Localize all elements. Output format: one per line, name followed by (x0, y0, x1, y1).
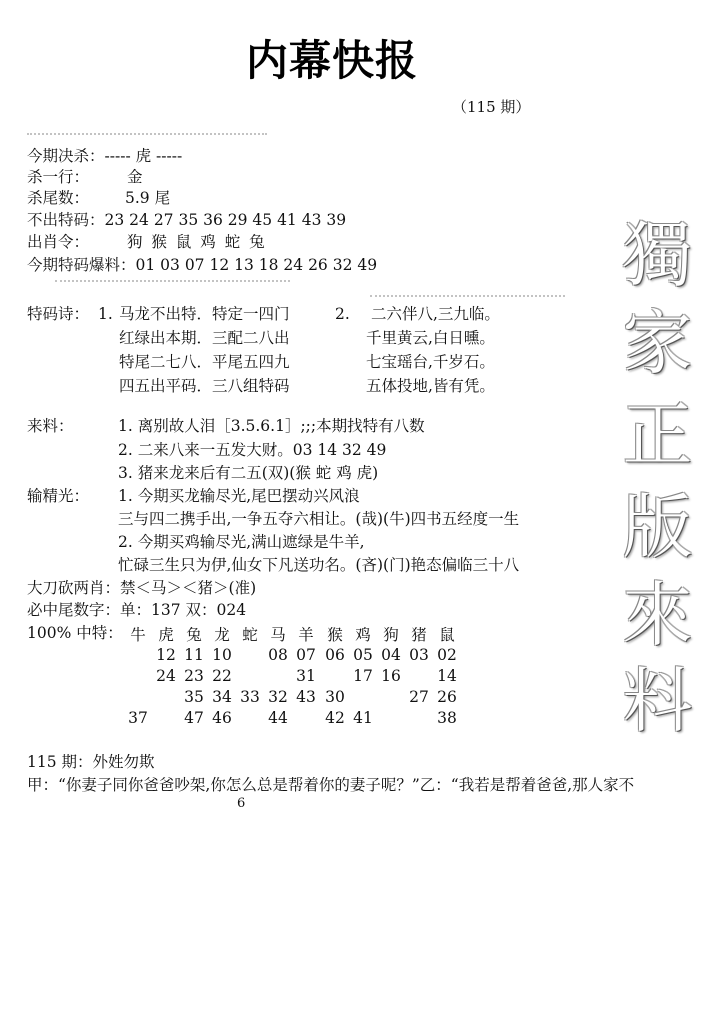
zodiac-header: 猪 (405, 623, 433, 645)
summary-row-zodiac: 出肖令： (27, 232, 89, 252)
summary-value: 23 24 27 35 36 29 45 41 43 39 (105, 211, 347, 229)
zodiac-header: 狗 (377, 623, 405, 645)
watermark-char: 料 (610, 658, 705, 744)
zodiac-cell: 30 (321, 688, 349, 706)
zodiac-cell: 05 (349, 646, 377, 664)
zodiac-cell: 03 (405, 646, 433, 664)
laoliao-item: 3. 猪来龙来后有二五(双)(猴 蛇 鸡 虎) (118, 463, 378, 483)
zodiac-cell: 37 (124, 709, 152, 727)
zodiac-cell: 07 (292, 646, 320, 664)
zodiac-cell: 11 (180, 646, 208, 664)
zodiac-cell: 23 (180, 667, 208, 685)
dadao-value: 禁＜马＞＜猪＞(准) (120, 579, 256, 597)
shujingguang-line: 1. 今期买龙输尽光,尾巴摆动兴风浪 (118, 486, 360, 506)
zodiac-cell: 04 (377, 646, 405, 664)
zodiac-cell: 41 (349, 709, 377, 727)
zodiac-cell: 33 (236, 688, 264, 706)
zodiac-cell: 27 (405, 688, 433, 706)
zodiac-table-label: 100% 中特： (27, 623, 123, 643)
zodiac-header: 虎 (152, 623, 180, 645)
bizhong-label: 必中尾数字： (27, 601, 120, 619)
summary-row-element: 杀一行： (27, 167, 89, 187)
poem-part1-number: 1. (98, 304, 113, 324)
poem-part2-number: 2. (335, 304, 350, 324)
summary-value: 狗 猴 鼠 鸡 蛇 兔 (127, 232, 265, 252)
issue-number: （115 期） (452, 96, 530, 117)
summary-row-kill: 今期决杀：----- 虎 ----- (27, 146, 182, 166)
poem-line: 四五出平码．三八组特码 (119, 376, 290, 396)
poem-label: 特码诗： (27, 304, 89, 324)
shujingguang-line: 三与四二携手出,一争五夺六相让。(哉)(牛)四书五经度一生 (118, 509, 519, 529)
watermark-char: 來 (610, 572, 705, 658)
dadao-label: 大刀砍两肖： (27, 579, 120, 597)
summary-value: 01 03 07 12 13 18 24 26 32 49 (136, 256, 378, 274)
clipped-text-artifact (55, 280, 290, 285)
clipped-text-artifact (27, 133, 267, 138)
zodiac-header: 牛 (124, 623, 152, 645)
clipped-text-artifact (370, 295, 565, 300)
zodiac-header: 兔 (180, 623, 208, 645)
summary-row-excluded: 不出特码：23 24 27 35 36 29 45 41 43 39 (27, 210, 346, 230)
laoliao-item: 1. 离别故人泪［3.5.6.1］;;;本期找特有八数 (118, 416, 425, 436)
summary-value: 5.9 尾 (125, 188, 170, 208)
zodiac-cell: 34 (208, 688, 236, 706)
zodiac-header: 龙 (208, 623, 236, 645)
summary-row-hot-numbers: 今期特码爆料：01 03 07 12 13 18 24 26 32 49 (27, 255, 377, 275)
zodiac-cell: 32 (264, 688, 292, 706)
poem-line: 二六伴八,三九临。 (371, 304, 500, 324)
summary-label: 杀一行： (27, 168, 89, 186)
joke-title: 115 期：外姓勿欺 (27, 752, 155, 772)
zodiac-cell: 24 (152, 667, 180, 685)
summary-label: 不出特码： (27, 211, 105, 229)
poem-line: 五体投地,皆有凭。 (366, 376, 495, 396)
watermark-char: 獨 (610, 212, 705, 298)
zodiac-cell: 10 (208, 646, 236, 664)
zodiac-cell: 14 (433, 667, 461, 685)
zodiac-header: 猴 (321, 623, 349, 645)
zodiac-header: 鸡 (349, 623, 377, 645)
poem-line: 七宝瑶台,千岁石。 (366, 352, 495, 372)
page-number: 6 (237, 796, 245, 811)
summary-label: 今期特码爆料： (27, 256, 136, 274)
bizhong-row: 必中尾数字：单：137 双：024 (27, 600, 246, 620)
watermark-char: 正 (610, 392, 705, 478)
summary-row-tail: 杀尾数： (27, 188, 89, 208)
laoliao-label: 来料： (27, 416, 74, 436)
zodiac-cell: 16 (377, 667, 405, 685)
summary-label: 出肖令： (27, 233, 89, 251)
zodiac-cell: 12 (152, 646, 180, 664)
poem-line: 马龙不出特．特定一四门 (119, 304, 290, 324)
shujingguang-label: 输精光： (27, 486, 89, 506)
page-title: 内幕快报 (246, 28, 418, 88)
zodiac-cell: 08 (264, 646, 292, 664)
zodiac-cell: 31 (292, 667, 320, 685)
summary-label: 杀尾数： (27, 189, 89, 207)
zodiac-cell: 42 (321, 709, 349, 727)
zodiac-header: 羊 (292, 623, 320, 645)
zodiac-cell: 26 (433, 688, 461, 706)
watermark-char: 家 (610, 300, 705, 386)
dadao-row: 大刀砍两肖：禁＜马＞＜猪＞(准) (27, 578, 256, 598)
zodiac-cell: 44 (264, 709, 292, 727)
zodiac-cell: 02 (433, 646, 461, 664)
shujingguang-line: 2. 今期买鸡输尽光,满山遮绿是牛羊, (118, 532, 365, 552)
summary-label: 今期决杀： (27, 147, 105, 165)
zodiac-cell: 17 (349, 667, 377, 685)
zodiac-cell: 46 (208, 709, 236, 727)
laoliao-item: 2. 二来八来一五发大财。03 14 32 49 (118, 440, 386, 460)
summary-value: 金 (127, 167, 143, 187)
joke-text: 甲：“你妻子同你爸爸吵架,你怎么总是帮着你的妻子呢？”乙：“我若是帮着爸爸,那人… (27, 775, 634, 795)
poem-line: 千里黄云,白日曛。 (366, 328, 495, 348)
summary-value: ----- 虎 ----- (105, 147, 183, 165)
poem-line: 特尾二七八．平尾五四九 (119, 352, 290, 372)
poem-line: 红绿出本期．三配二八出 (119, 328, 290, 348)
zodiac-header: 蛇 (236, 623, 264, 645)
zodiac-header: 马 (264, 623, 292, 645)
zodiac-cell: 43 (292, 688, 320, 706)
zodiac-cell: 35 (180, 688, 208, 706)
zodiac-cell: 22 (208, 667, 236, 685)
zodiac-cell: 47 (180, 709, 208, 727)
shujingguang-line: 忙碌三生只为伊,仙女下凡送功名。(吝)(门)艳态偏临三十八 (118, 555, 519, 575)
zodiac-cell: 06 (321, 646, 349, 664)
zodiac-header: 鼠 (433, 623, 461, 645)
zodiac-cell: 38 (433, 709, 461, 727)
bizhong-value: 单：137 双：024 (120, 601, 246, 619)
watermark-char: 版 (610, 484, 705, 570)
